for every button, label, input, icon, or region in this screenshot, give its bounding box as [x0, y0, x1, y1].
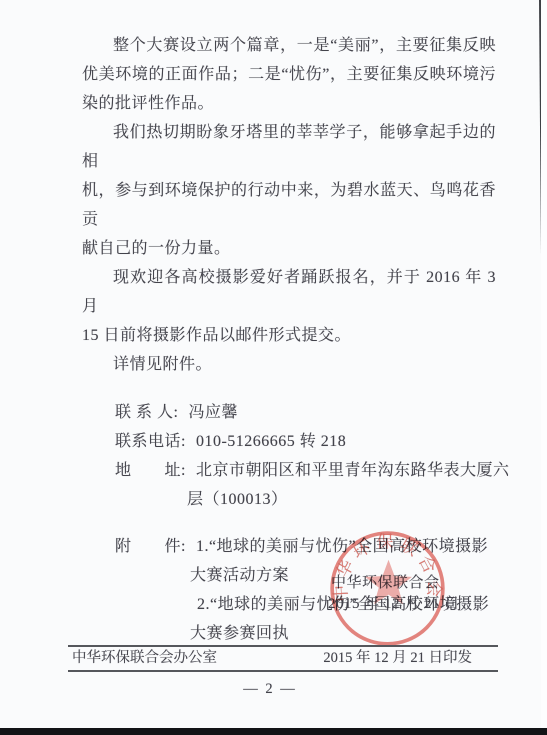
contact-phone-value: 010-51266665 转 218: [196, 433, 346, 450]
contact-phone-label: 联系电话:: [115, 433, 186, 450]
attachments-label: 附 件:: [115, 538, 186, 555]
body-line: 现欢迎各高校摄影爱好者踊跃报名，并于 2016 年 3 月: [82, 263, 496, 321]
contact-address-value: 北京市朝阳区和平里青年沟东路华表大厦六: [196, 462, 510, 479]
contact-phone-row: 联系电话:010-51266665 转 218: [115, 427, 496, 456]
footer-issue-date: 2015 年 12 月 21 日印发: [323, 649, 472, 667]
scan-bottom-bar: [0, 728, 547, 735]
contact-person-value: 冯应馨: [188, 404, 238, 421]
footer-rule-bottom: [68, 670, 498, 672]
document-page: 整个大赛设立两个篇章，一是“美丽”，主要征集反映 优美环境的正面作品；二是“忧伤…: [0, 0, 547, 735]
body-line: 染的批评性作品。: [82, 89, 496, 118]
body-line: 详情见附件。: [82, 350, 496, 379]
official-seal-stamp: 中华环保联合会: [326, 527, 449, 650]
contact-address-label: 地 址:: [115, 462, 186, 479]
body-line: 15 日前将摄影作品以邮件形式提交。: [82, 321, 496, 350]
scan-edge-strip: [541, 0, 547, 735]
contact-person-row: 联 系 人:冯应馨: [115, 398, 496, 427]
footer-rule-top: [68, 645, 498, 647]
body-line: 我们热切期盼象牙塔里的莘莘学子，能够拿起手边的相: [82, 118, 496, 176]
seal-star-icon: [365, 560, 412, 604]
body-line: 献自己的一份力量。: [82, 234, 496, 263]
footer-office: 中华环保联合会办公室: [72, 649, 217, 667]
body-line: 机，参与到环境保护的行动中来，为碧水蓝天、鸟鸣花香贡: [82, 176, 496, 234]
contact-address-row: 地 址:北京市朝阳区和平里青年沟东路华表大厦六: [115, 456, 496, 485]
page-number: — 2 —: [0, 681, 540, 698]
body-line: 优美环境的正面作品；二是“忧伤”，主要征集反映环境污: [82, 60, 496, 89]
body-line: 整个大赛设立两个篇章，一是“美丽”，主要征集反映: [82, 31, 496, 60]
footer-row: 中华环保联合会办公室 2015 年 12 月 21 日印发: [68, 649, 498, 667]
contact-person-label: 联 系 人:: [115, 404, 178, 421]
contact-block: 联 系 人:冯应馨 联系电话:010-51266665 转 218 地 址:北京…: [115, 398, 496, 514]
contact-address-line2: 层（100013）: [187, 485, 496, 514]
